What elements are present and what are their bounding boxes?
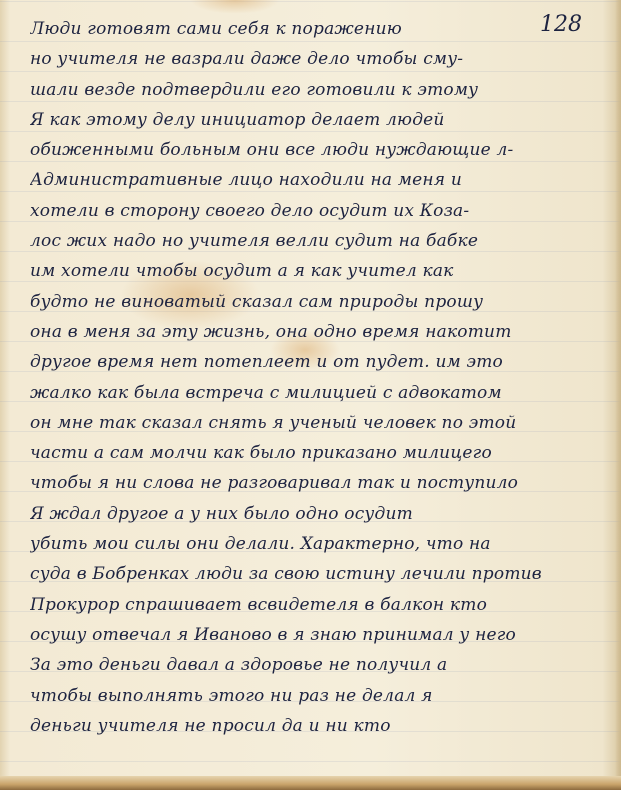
page-edge — [615, 0, 621, 790]
text-line: чтобы выполнять этого ни раз не делал я — [30, 681, 581, 711]
text-line: чтобы я ни слова не разговаривал так и п… — [30, 468, 581, 498]
text-line: жалко как была встреча с милицией с адво… — [30, 378, 581, 408]
text-line: части а сам молчи как было приказано мил… — [30, 438, 581, 468]
text-line: она в меня за эту жизнь, она одно время … — [30, 317, 581, 347]
notebook-page: 128 Люди готовят сами себя к поражению н… — [0, 0, 621, 790]
text-line: За это деньги давал а здоровье не получи… — [30, 650, 581, 680]
text-line: другое время нет потеплеет и от пудет. и… — [30, 347, 581, 377]
text-line: Я как этому делу инициатор делает людей — [30, 105, 581, 135]
handwritten-text: Люди готовят сами себя к поражению но уч… — [30, 14, 581, 741]
text-line: но учителя не вазрали даже дело чтобы см… — [30, 44, 581, 74]
text-line: он мне так сказал снять я ученый человек… — [30, 408, 581, 438]
text-line: Я ждал другое а у них было одно осудит — [30, 499, 581, 529]
water-stain — [190, 0, 280, 14]
text-line: будто не виноватый сказал сам природы пр… — [30, 287, 581, 317]
text-line: лос жих надо но учителя велли судит на б… — [30, 226, 581, 256]
text-line: шали везде подтвердили его готовили к эт… — [30, 75, 581, 105]
text-line: хотели в сторону своего дело осудит их К… — [30, 196, 581, 226]
text-line: Люди готовят сами себя к поражению — [30, 14, 581, 44]
text-line: им хотели чтобы осудит а я как учител ка… — [30, 256, 581, 286]
page-bottom-edge — [0, 776, 621, 790]
text-line: Прокурор спрашивает всвидетеля в балкон … — [30, 590, 581, 620]
text-line: Административные лицо находили на меня и — [30, 165, 581, 195]
text-line: убить мои силы они делали. Характерно, ч… — [30, 529, 581, 559]
text-line: деньги учителя не просил да и ни кто — [30, 711, 581, 741]
text-line: осушу отвечал я Иваново в я знаю принима… — [30, 620, 581, 650]
text-line: обиженными больным они все люди нуждающи… — [30, 135, 581, 165]
text-line: суда в Бобренках люди за свою истину леч… — [30, 559, 581, 589]
